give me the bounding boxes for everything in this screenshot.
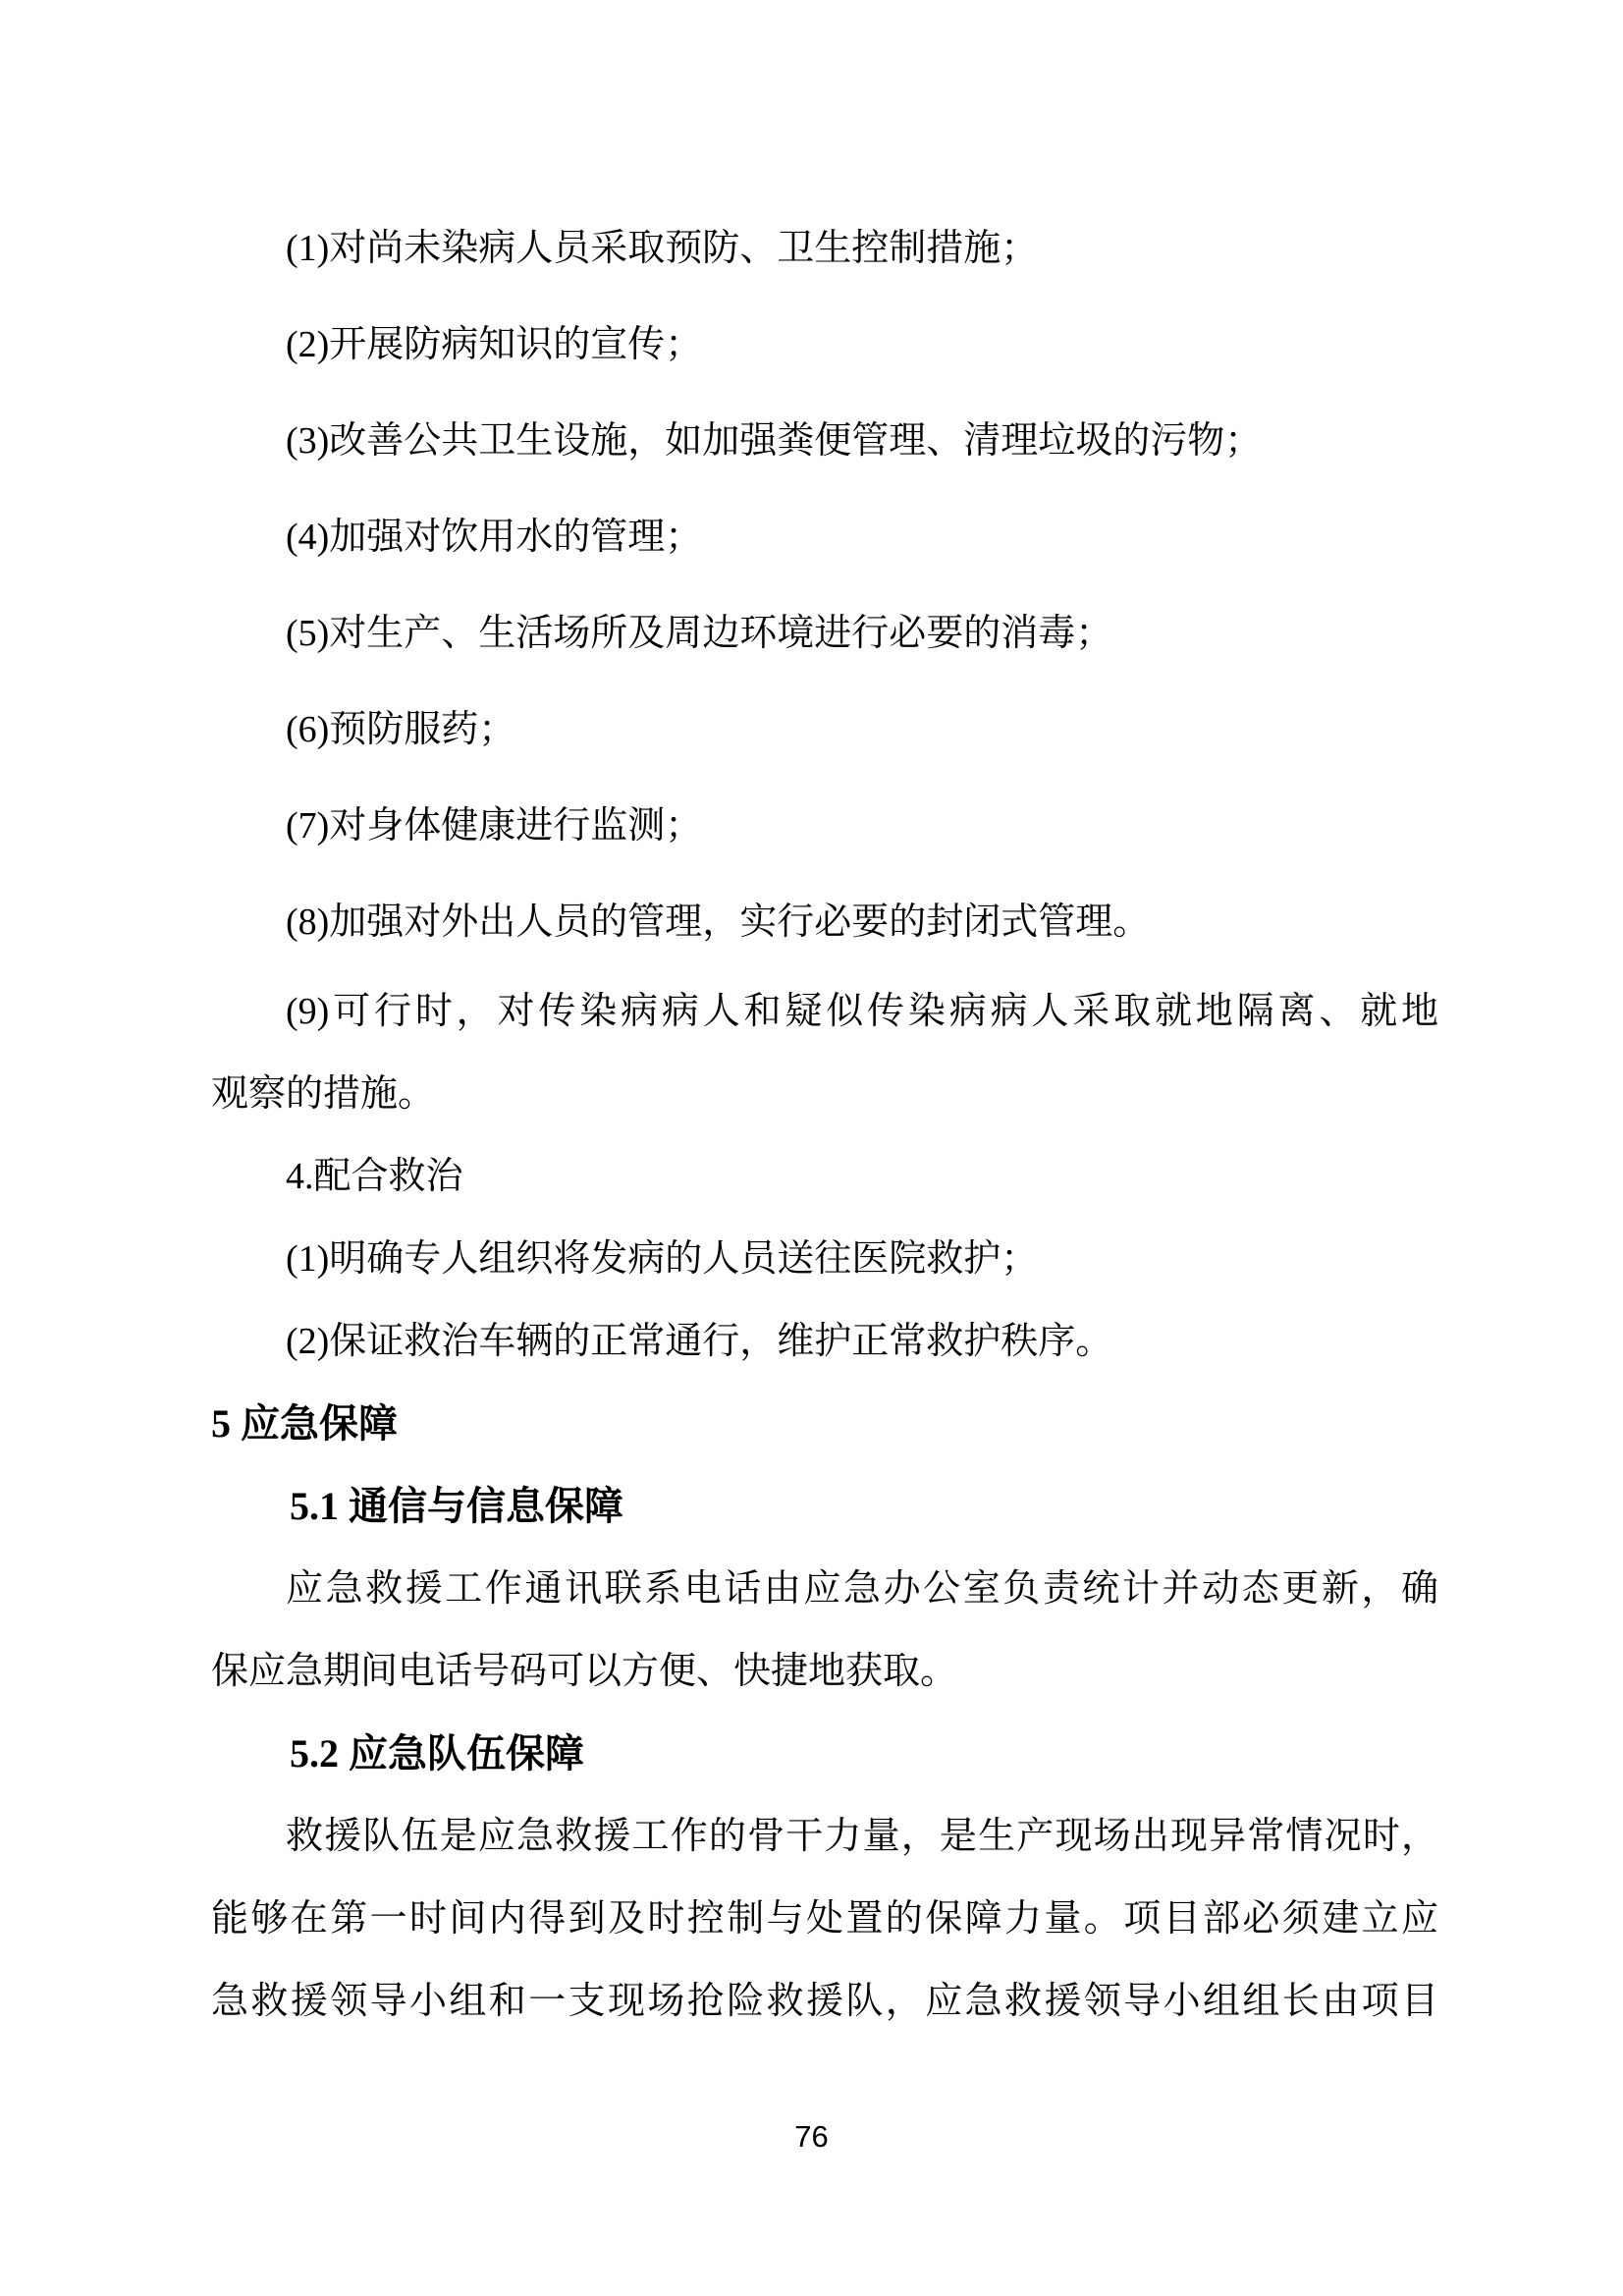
measure-item-4: (4)加强对饮用水的管理； [211,489,1438,585]
document-page: (1)对尚未染病人员采取预防、卫生控制措施； (2)开展防病知识的宣传； (3)… [0,0,1623,2296]
measure-item-6: (6)预防服药； [211,682,1438,778]
lower-section: (9)可行时，对传染病病人和疑似传染病病人采取就地隔离、就地 观察的措施。 4.… [211,970,1438,2043]
heading-5-emergency-support: 5 应急保障 [211,1383,1438,1465]
subheading-cooperate-treatment: 4.配合救治 [211,1135,1438,1218]
measure-item-1: (1)对尚未染病人员采取预防、卫生控制措施； [211,200,1438,297]
heading-5-1-communication-support: 5.1 通信与信息保障 [211,1465,1438,1548]
document-body: (1)对尚未染病人员采取预防、卫生控制措施； (2)开展防病知识的宣传； (3)… [211,200,1438,2043]
para-5-2-line-2: 能够在第一时间内得到及时控制与处置的保障力量。项目部必须建立应 [211,1878,1438,1960]
para-5-2-line-1: 救援队伍是应急救援工作的骨干力量，是生产现场出现异常情况时， [211,1795,1438,1878]
measure-item-3: (3)改善公共卫生设施，如加强粪便管理、清理垃圾的污物； [211,393,1438,489]
para-5-1-line-2: 保应急期间电话号码可以方便、快捷地获取。 [211,1630,1438,1713]
measure-item-5: (5)对生产、生活场所及周边环境进行必要的消毒； [211,585,1438,682]
treatment-item-1: (1)明确专人组织将发病的人员送往医院救护； [211,1218,1438,1300]
page-number: 76 [0,2119,1623,2155]
para-5-2-line-3: 急救援领导小组和一支现场抢险救援队，应急救援领导小组组长由项目 [211,1960,1438,2043]
measure-item-2: (2)开展防病知识的宣传； [211,297,1438,393]
heading-5-2-team-support: 5.2 应急队伍保障 [211,1713,1438,1795]
measure-item-9-line-1: (9)可行时，对传染病病人和疑似传染病病人采取就地隔离、就地 [211,970,1438,1053]
prevention-measures-list: (1)对尚未染病人员采取预防、卫生控制措施； (2)开展防病知识的宣传； (3)… [211,200,1438,970]
measure-item-7: (7)对身体健康进行监测； [211,778,1438,874]
measure-item-8: (8)加强对外出人员的管理，实行必要的封闭式管理。 [211,874,1438,970]
treatment-item-2: (2)保证救治车辆的正常通行，维护正常救护秩序。 [211,1300,1438,1383]
para-5-1-line-1: 应急救援工作通讯联系电话由应急办公室负责统计并动态更新，确 [211,1548,1438,1630]
measure-item-9-line-2: 观察的措施。 [211,1053,1438,1135]
